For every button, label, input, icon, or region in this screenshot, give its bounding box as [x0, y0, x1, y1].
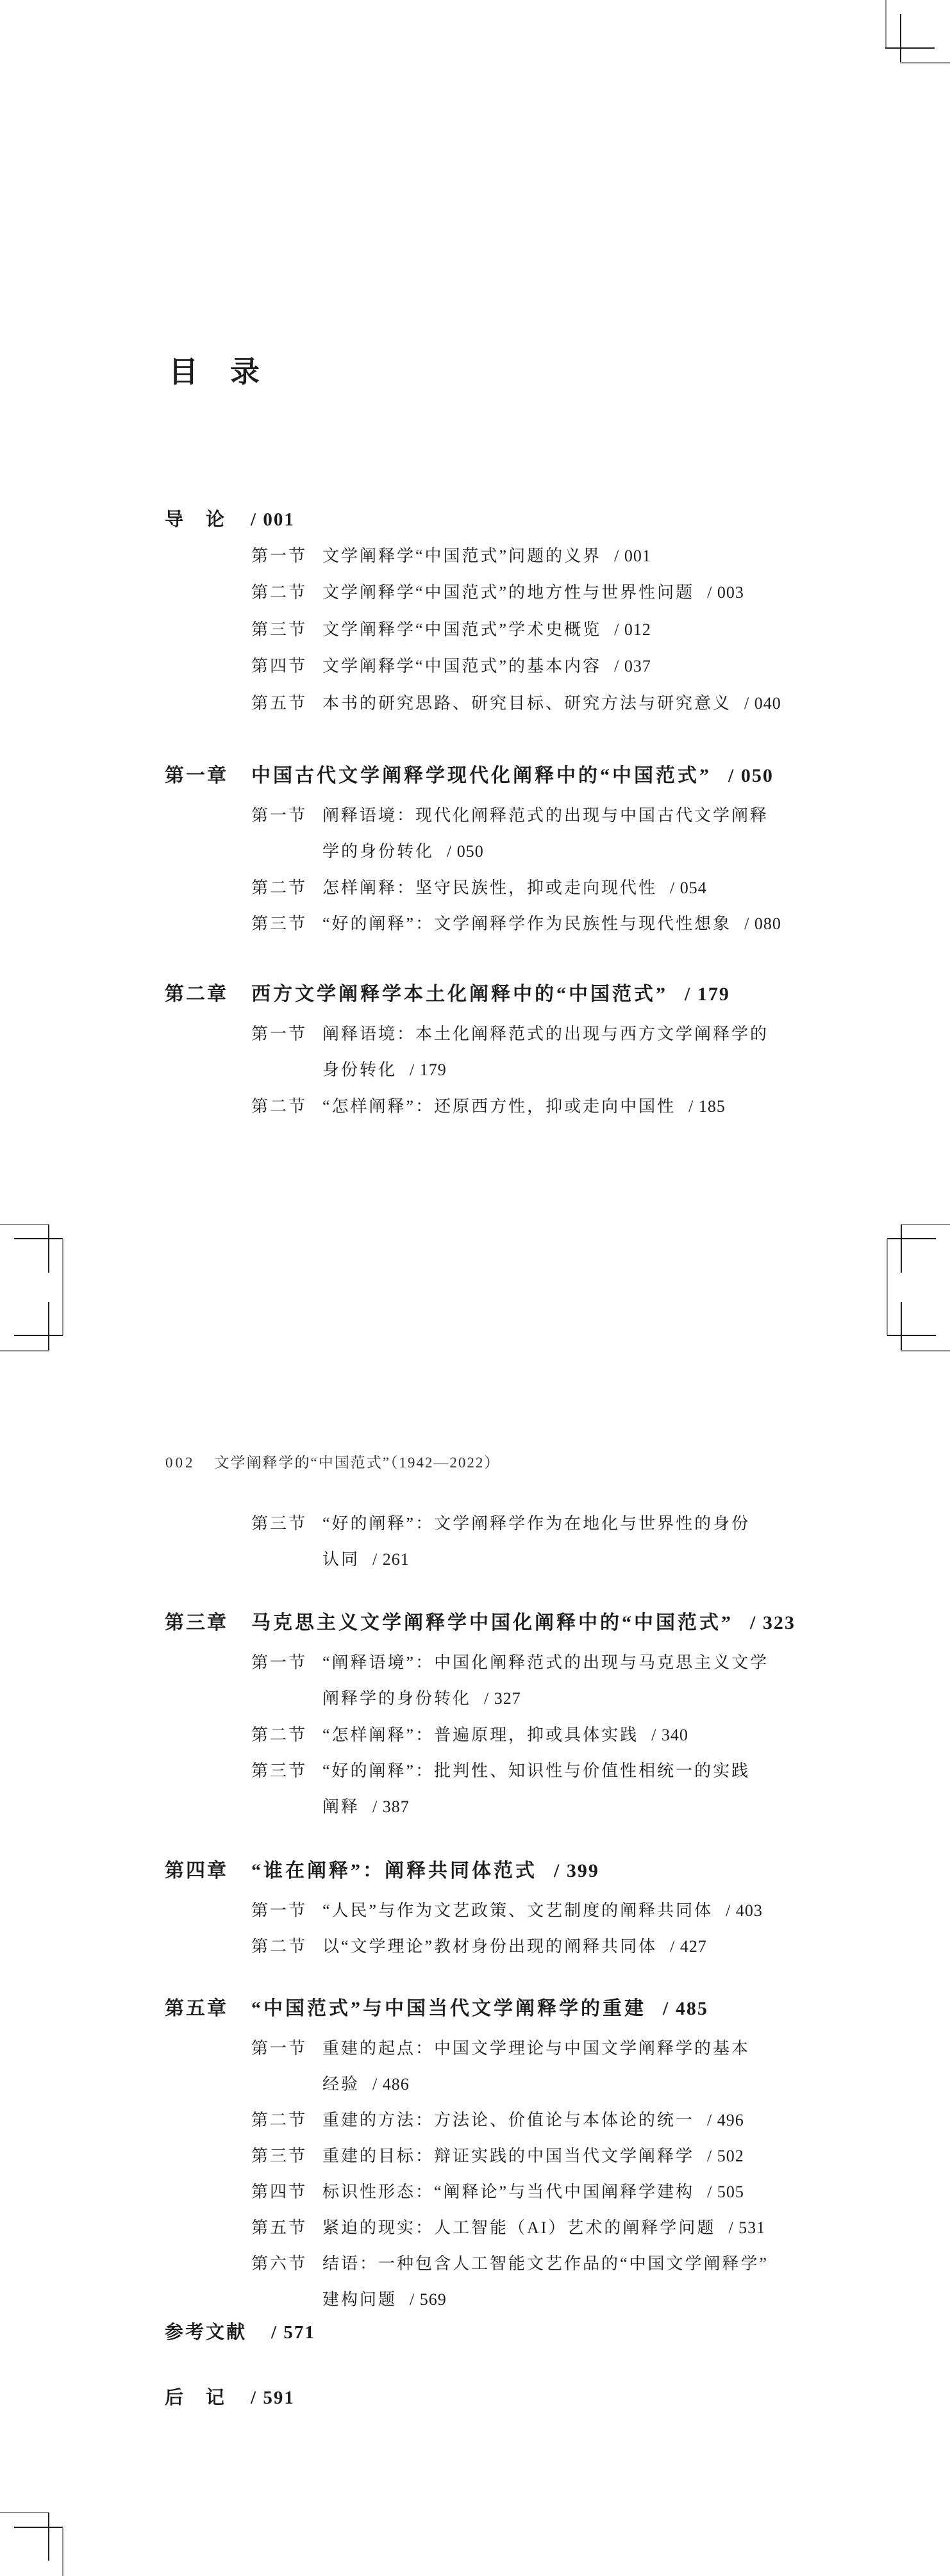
entry-page-number: / 327	[484, 1689, 521, 1708]
entry-title: “好的阐释”：文学阐释学作为民族性与现代性想象	[322, 914, 731, 933]
entry-label: 第三章	[165, 1611, 251, 1635]
entry-title: 马克思主义文学阐释学中国化阐释中的“中国范式”	[251, 1612, 733, 1633]
entry-label: 第二节	[251, 2102, 322, 2138]
toc-entry-ch1-sec2: 第二节怎样阐释：坚守民族性，抑或走向现代性/ 054	[251, 870, 829, 906]
entry-title: 标识性形态：“阐释论”与当代中国阐释学建构	[322, 2183, 694, 2201]
toc-entry-ch2-sec1: 第一节阐释语境：本土化阐释范式的出现与西方文学阐释学的 身份转化/ 179	[251, 1016, 829, 1088]
entry-title: “谁在阐释”：阐释共同体范式	[251, 1860, 537, 1881]
entry-page-number: / 001	[614, 547, 651, 565]
entry-label: 第五章	[165, 1997, 251, 2021]
entry-label: 第一节	[251, 1893, 322, 1929]
entry-page-number: / 403	[726, 1901, 763, 1920]
toc-entry-chapter3: 第三章马克思主义文学阐释学中国化阐释中的“中国范式”/ 323	[165, 1611, 796, 1635]
entry-page-number: / 323	[750, 1612, 796, 1633]
entry-page-number: / 040	[744, 694, 781, 713]
toc-entry-chapter2: 第二章西方文学阐释学本土化阐释中的“中国范式”/ 179	[165, 982, 730, 1007]
entry-label: 第一节	[251, 798, 322, 834]
toc-entry-ch4-sec1: 第一节“人民”与作为文艺政策、文艺制度的阐释共同体/ 403	[251, 1893, 829, 1929]
entry-label: 第五节	[251, 2210, 322, 2246]
toc-entry-introduction: 导 论/ 001	[165, 508, 295, 531]
entry-label: 第二节	[251, 1929, 322, 1965]
entry-page-number: / 179	[410, 1061, 447, 1079]
toc-entry-intro-sec2: 第二节文学阐释学“中国范式”的地方性与世界性问题/ 003	[251, 575, 829, 611]
entry-page-number: / 179	[685, 984, 730, 1005]
entry-label: 第一节	[251, 1016, 322, 1052]
entry-label: 第二节	[251, 575, 322, 611]
entry-page-number: / 080	[744, 914, 781, 933]
entry-label: 第四节	[251, 2174, 322, 2210]
entry-title: 结语：一种包含人工智能文艺作品的“中国文学阐释学” 建构问题	[322, 2254, 769, 2309]
toc-entry-chapter5: 第五章“中国范式”与中国当代文学阐释学的重建/ 485	[165, 1997, 708, 2021]
entry-label: 第六节	[251, 2246, 322, 2282]
entry-label: 第一章	[165, 764, 251, 788]
entry-title: 阐释语境：现代化阐释范式的出现与中国古代文学阐释 学的身份转化	[322, 806, 769, 861]
entry-title: “怎样阐释”：普遍原理，抑或具体实践	[322, 1726, 638, 1744]
entry-title: 文学阐释学“中国范式”的地方性与世界性问题	[322, 583, 694, 602]
entry-page-number: / 485	[663, 1998, 708, 2019]
entry-title: 紧迫的现实：人工智能（AI）艺术的阐释学问题	[322, 2218, 715, 2237]
entry-page-number: / 054	[670, 879, 707, 897]
entry-page-number: / 261	[372, 1550, 410, 1569]
entry-page-number: / 591	[251, 2388, 295, 2408]
entry-title: 阐释语境：本土化阐释范式的出现与西方文学阐释学的 身份转化	[322, 1025, 769, 1079]
entry-page-number: / 003	[707, 583, 744, 602]
entry-label: 第三节	[251, 1506, 322, 1542]
toc-entry-ch5-sec2: 第二节重建的方法：方法论、价值论与本体论的统一/ 496	[251, 2102, 829, 2138]
entry-page-number: / 387	[372, 1797, 410, 1816]
entry-page-number: / 050	[447, 842, 484, 861]
toc-entry-intro-sec5: 第五节本书的研究思路、研究目标、研究方法与研究意义/ 040	[251, 686, 829, 722]
running-header: 002文学阐释学的“中国范式”（1942—2022）	[165, 1453, 500, 1473]
toc-entry-ch3-sec2: 第二节“怎样阐释”：普遍原理，抑或具体实践/ 340	[251, 1717, 829, 1753]
toc-entry-intro-sec4: 第四节文学阐释学“中国范式”的基本内容/ 037	[251, 648, 829, 684]
entry-title: 文学阐释学“中国范式”的基本内容	[322, 657, 601, 675]
entry-page-number: / 185	[688, 1097, 726, 1116]
toc-entry-intro-sec3: 第三节文学阐释学“中国范式”学术史概览/ 012	[251, 612, 829, 648]
entry-page-number: / 531	[728, 2218, 765, 2237]
entry-label: 后 记	[165, 2388, 226, 2408]
entry-label: 第一节	[251, 1645, 322, 1681]
entry-label: 第四节	[251, 648, 322, 684]
toc-entry-ch5-sec5: 第五节紧迫的现实：人工智能（AI）艺术的阐释学问题/ 531	[251, 2210, 829, 2246]
entry-page-number: / 050	[728, 765, 774, 786]
entry-page-number: / 496	[707, 2111, 744, 2129]
folio-number: 002	[165, 1455, 196, 1471]
running-header-book-title: 文学阐释学的“中国范式”（1942—2022）	[215, 1455, 501, 1471]
entry-label: 第一节	[251, 538, 322, 574]
entry-label: 参考文献	[165, 2322, 247, 2343]
entry-title: 西方文学阐释学本土化阐释中的“中国范式”	[251, 984, 668, 1005]
toc-entry-ch5-sec6: 第六节结语：一种包含人工智能文艺作品的“中国文学阐释学” 建构问题/ 569	[251, 2246, 829, 2318]
toc-entry-postscript: 后 记/ 591	[165, 2386, 295, 2409]
toc-entry-intro-sec1: 第一节文学阐释学“中国范式”问题的义界/ 001	[251, 538, 829, 574]
entry-label: 第一节	[251, 2031, 322, 2067]
entry-page-number: / 012	[614, 620, 651, 639]
entry-title: 重建的方法：方法论、价值论与本体论的统一	[322, 2111, 694, 2129]
toc-entry-ch4-sec2: 第二节以“文学理论”教材身份出现的阐释共同体/ 427	[251, 1929, 829, 1965]
entry-title: 本书的研究思路、研究目标、研究方法与研究意义	[322, 694, 731, 713]
toc-entry-ch5-sec4: 第四节标识性形态：“阐释论”与当代中国阐释学建构/ 505	[251, 2174, 829, 2210]
entry-page-number: / 037	[614, 657, 651, 675]
entry-label: 第四章	[165, 1859, 251, 1883]
entry-page-number: / 001	[251, 509, 295, 530]
toc-entry-ch1-sec3: 第三节“好的阐释”：文学阐释学作为民族性与现代性想象/ 080	[251, 906, 829, 942]
entry-label: 第二节	[251, 1717, 322, 1753]
entry-label: 第五节	[251, 686, 322, 722]
entry-title: 文学阐释学“中国范式”问题的义界	[322, 547, 601, 565]
entry-title: “怎样阐释”：还原西方性，抑或走向中国性	[322, 1097, 676, 1116]
entry-label: 第三节	[251, 612, 322, 648]
entry-page-number: / 340	[651, 1726, 688, 1744]
toc-page-title: 目 录	[169, 356, 261, 390]
entry-title: 怎样阐释：坚守民族性，抑或走向现代性	[322, 879, 657, 897]
entry-page-number: / 505	[707, 2183, 744, 2201]
toc-entry-chapter4: 第四章“谁在阐释”：阐释共同体范式/ 399	[165, 1859, 599, 1883]
entry-page-number: / 427	[670, 1937, 707, 1956]
toc-entry-references: 参考文献/ 571	[165, 2321, 315, 2344]
toc-entry-ch1-sec1: 第一节阐释语境：现代化阐释范式的出现与中国古代文学阐释 学的身份转化/ 050	[251, 798, 829, 870]
book-toc-scan: { "colors": { "text": "#1c1c1c", "mark_b…	[0, 0, 950, 2576]
entry-title: 中国古代文学阐释学现代化阐释中的“中国范式”	[251, 765, 712, 786]
entry-label: 第二节	[251, 870, 322, 906]
toc-entry-ch5-sec1: 第一节重建的起点：中国文学理论与中国文学阐释学的基本 经验/ 486	[251, 2031, 829, 2102]
entry-page-number: / 502	[707, 2147, 744, 2165]
toc-entry-ch3-sec3: 第三节“好的阐释”：批判性、知识性与价值性相统一的实践 阐释/ 387	[251, 1753, 829, 1825]
entry-label: 第三节	[251, 906, 322, 942]
entry-page-number: / 486	[372, 2075, 410, 2093]
entry-label: 第三节	[251, 2138, 322, 2174]
entry-title: 文学阐释学“中国范式”学术史概览	[322, 620, 601, 639]
entry-title: 重建的目标：辩证实践的中国当代文学阐释学	[322, 2147, 694, 2165]
entry-page-number: / 399	[554, 1860, 599, 1881]
entry-page-number: / 569	[410, 2290, 447, 2309]
toc-entry-ch3-sec1: 第一节“阐释语境”：中国化阐释范式的出现与马克思主义文学 阐释学的身份转化/ 3…	[251, 1645, 829, 1717]
entry-label: 第三节	[251, 1753, 322, 1789]
toc-entry-ch2-sec2: 第二节“怎样阐释”：还原西方性，抑或走向中国性/ 185	[251, 1089, 829, 1125]
entry-title: “中国范式”与中国当代文学阐释学的重建	[251, 1998, 646, 2019]
toc-entry-ch5-sec3: 第三节重建的目标：辩证实践的中国当代文学阐释学/ 502	[251, 2138, 829, 2174]
entry-title: “阐释语境”：中国化阐释范式的出现与马克思主义文学 阐释学的身份转化	[322, 1653, 769, 1708]
toc-entry-ch2-sec3: 第三节“好的阐释”：文学阐释学作为在地化与世界性的身份 认同/ 261	[251, 1506, 829, 1578]
entry-label: 第二节	[251, 1089, 322, 1125]
toc-entry-chapter1: 第一章中国古代文学阐释学现代化阐释中的“中国范式”/ 050	[165, 764, 774, 788]
entry-title: 以“文学理论”教材身份出现的阐释共同体	[322, 1937, 657, 1956]
entry-label: 第二章	[165, 982, 251, 1007]
entry-title: “人民”与作为文艺政策、文艺制度的阐释共同体	[322, 1901, 713, 1920]
entry-page-number: / 571	[271, 2322, 315, 2343]
entry-label: 导 论	[165, 509, 226, 530]
